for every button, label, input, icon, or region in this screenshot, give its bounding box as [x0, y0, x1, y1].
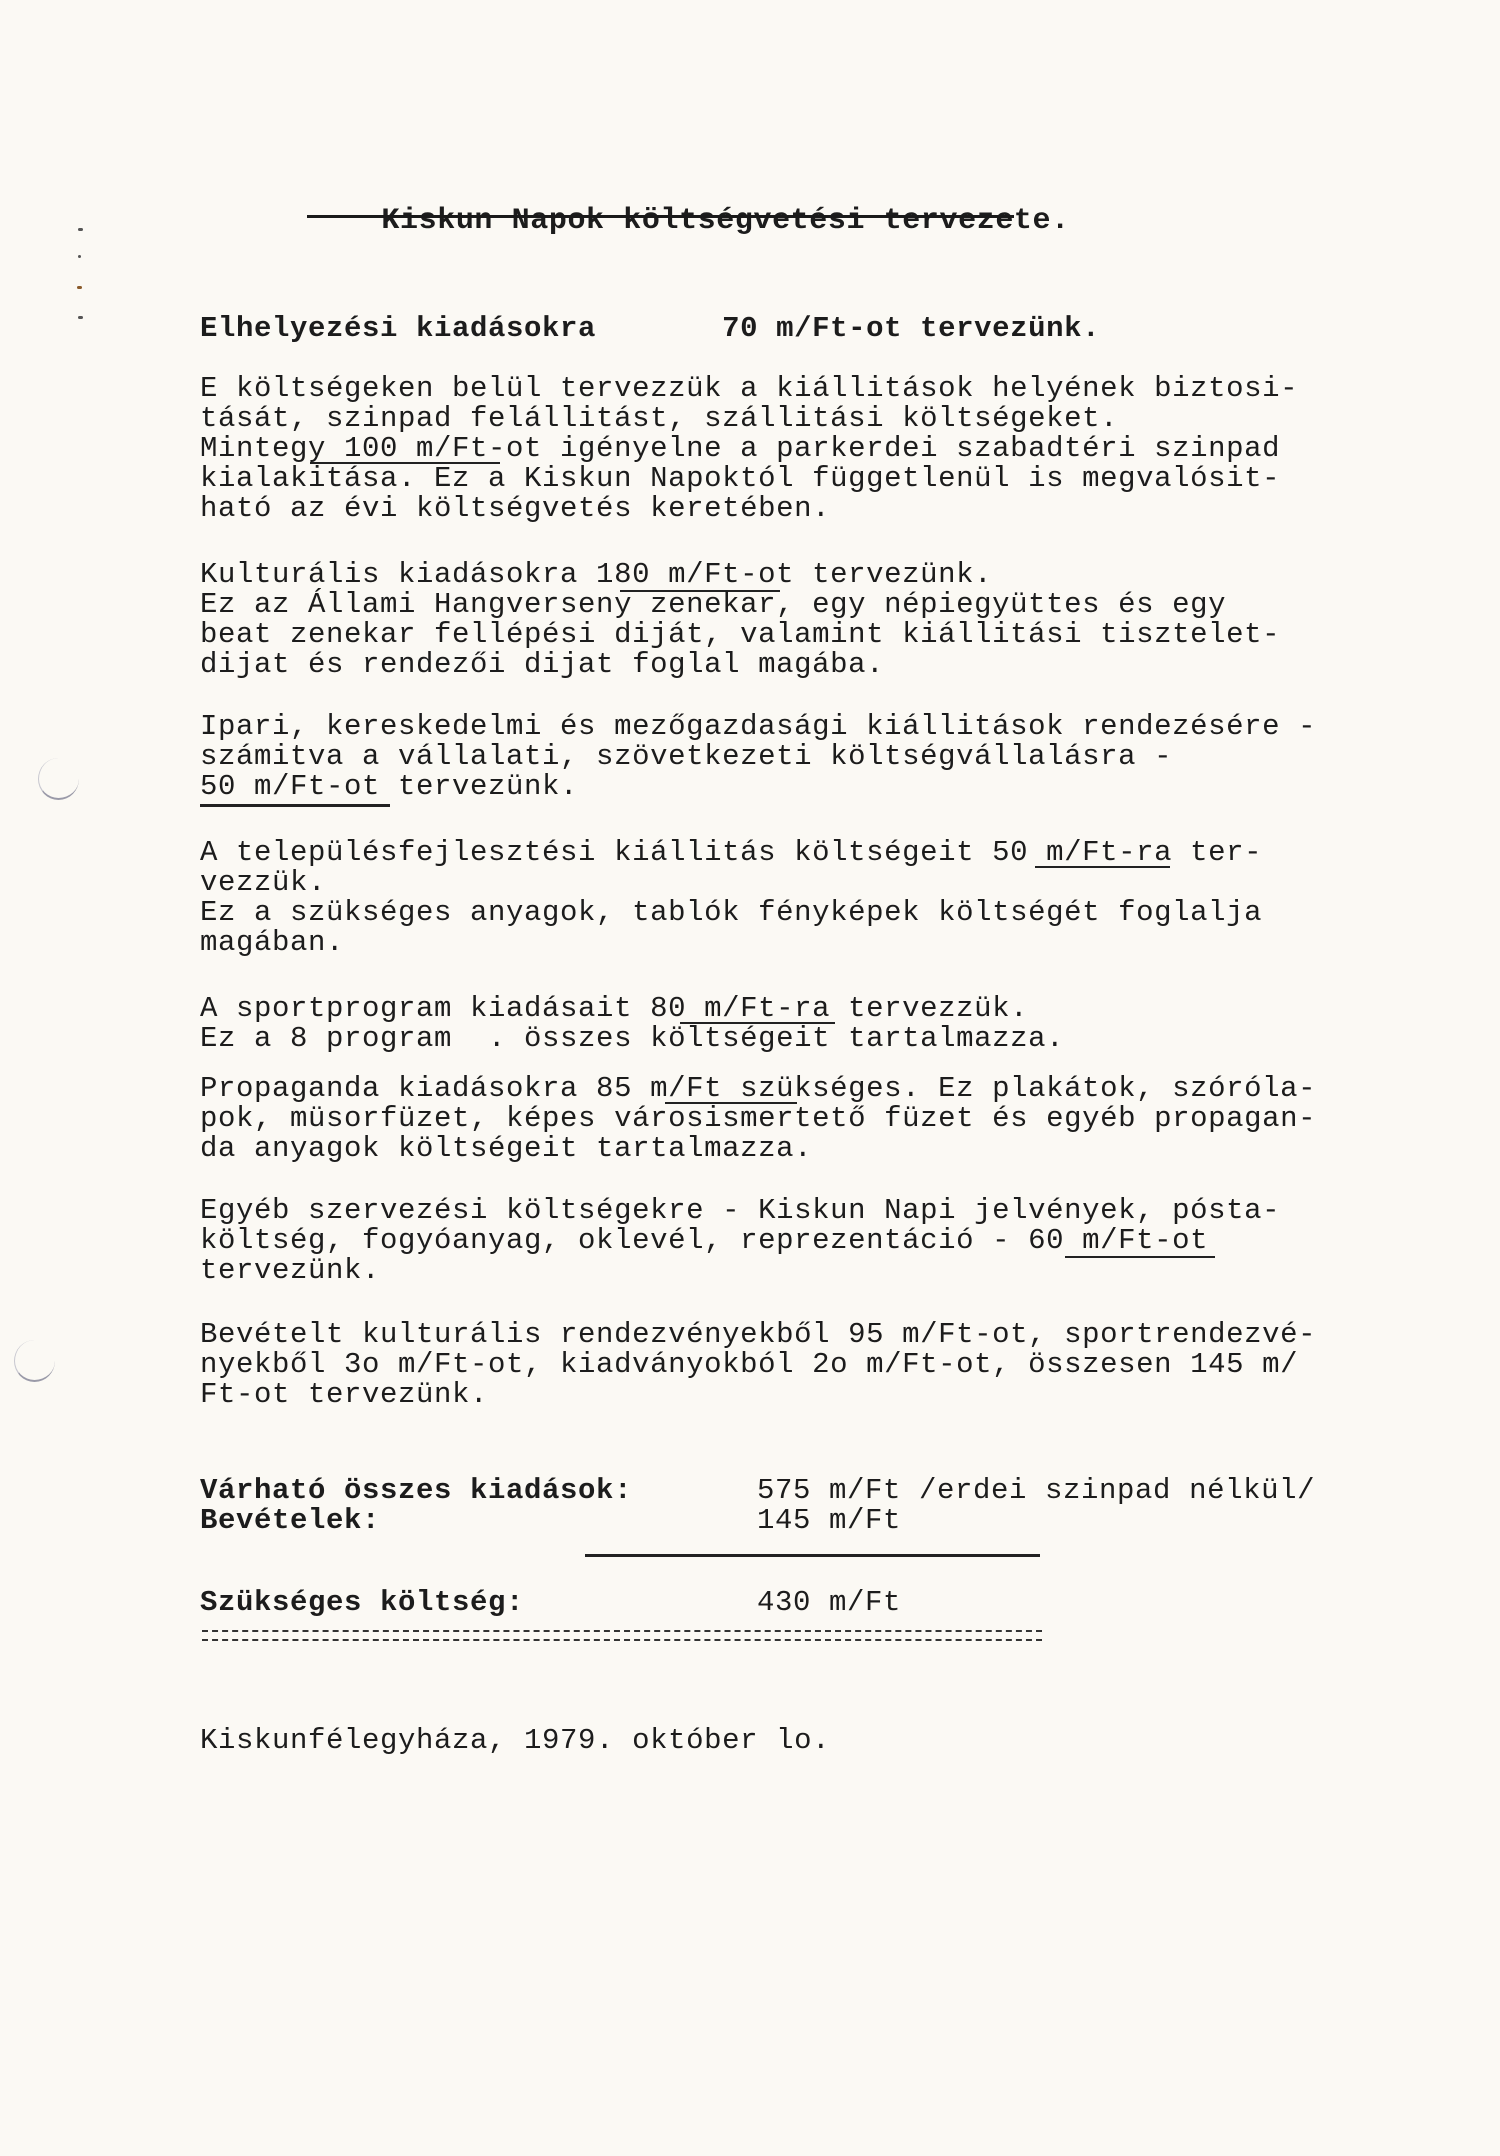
- section-ipari-line-1: Ipari, kereskedelmi és mezőgazdasági kiá…: [200, 712, 1316, 742]
- section-egyeb-line-1: Egyéb szervezési költségekre - Kiskun Na…: [200, 1196, 1280, 1226]
- section-elhelyezesi-detail-line-2: tását, szinpad felállitást, szállitási k…: [200, 404, 1118, 434]
- section-elhelyezesi-detail-line-5: ható az évi költségvetés keretében.: [200, 494, 830, 524]
- title-text: Kiskun Napok költségvetési tervezete.: [381, 204, 1069, 238]
- margin-mark: [78, 228, 83, 231]
- summary-income-label: Bevételek:: [200, 1506, 380, 1536]
- section-propaganda-line-2: pok, müsorfüzet, képes városismertető fü…: [200, 1104, 1316, 1134]
- section-kulturalis-line-3: beat zenekar fellépési diját, valamint k…: [200, 620, 1280, 650]
- summary-income-value: 145 m/Ft: [757, 1506, 901, 1536]
- section-sport-line-1: A sportprogram kiadásait 80 m/Ft-ra terv…: [200, 994, 1028, 1024]
- section-telepules-line-1: A településfejlesztési kiállitás költség…: [200, 838, 1262, 868]
- double-rule: [202, 1630, 1042, 1641]
- summary-required-label: Szükséges költség:: [200, 1588, 524, 1618]
- section-bevetel-line-1: Bevételt kulturális rendezvényekből 95 m…: [200, 1320, 1316, 1350]
- margin-mark: [78, 316, 83, 319]
- section-telepules-line-2: vezzük.: [200, 868, 326, 898]
- title-underline: [307, 215, 1014, 218]
- section-propaganda-line-3: da anyagok költségeit tartalmazza.: [200, 1134, 812, 1164]
- summary-required-value: 430 m/Ft: [757, 1588, 901, 1618]
- punch-hole: [38, 758, 79, 800]
- section-telepules-line-4: magában.: [200, 928, 344, 958]
- summary-rule: [585, 1554, 1040, 1557]
- section-propaganda-line-1: Propaganda kiadásokra 85 m/Ft szükséges.…: [200, 1074, 1316, 1104]
- section-kulturalis-line-4: dijat és rendezői dijat foglal magába.: [200, 650, 884, 680]
- punch-hole: [14, 1340, 55, 1382]
- summary-expenses-label: Várható összes kiadások:: [200, 1476, 632, 1506]
- section-elhelyezesi-detail-line-3: Mintegy 100 m/Ft-ot igényelne a parkerde…: [200, 434, 1280, 464]
- section-elhelyezesi-detail-line-1: E költségeken belül tervezzük a kiállitá…: [200, 374, 1298, 404]
- document-title: Kiskun Napok költségvetési tervezete.: [307, 170, 1070, 272]
- section-bevetel-line-3: Ft-ot tervezünk.: [200, 1380, 488, 1410]
- section-telepules-line-3: Ez a szükséges anyagok, tablók fényképek…: [200, 898, 1262, 928]
- section-elhelyezesi-detail-line-4: kialakitása. Ez a Kiskun Napoktól függet…: [200, 464, 1280, 494]
- margin-mark: [77, 286, 82, 289]
- amount-underline: [1065, 1256, 1215, 1258]
- section-ipari-line-2: számitva a vállalati, szövetkezeti költs…: [200, 742, 1172, 772]
- place-date: Kiskunfélegyháza, 1979. október lo.: [200, 1726, 830, 1756]
- section-egyeb-line-2: költség, fogyóanyag, oklevél, reprezentá…: [200, 1226, 1208, 1256]
- amount-underline: [1035, 866, 1170, 868]
- margin-mark: [78, 255, 81, 258]
- amount-underline: [200, 804, 390, 807]
- section-egyeb-line-3: tervezünk.: [200, 1256, 380, 1286]
- section-bevetel-line-2: nyekből 3o m/Ft-ot, kiadványokból 2o m/F…: [200, 1350, 1298, 1380]
- section-sport-line-2: Ez a 8 program . összes költségeit tarta…: [200, 1024, 1064, 1054]
- section-elhelyezesi-line-1: Elhelyezési kiadásokra 70 m/Ft-ot tervez…: [200, 314, 1100, 344]
- section-ipari-line-3: 50 m/Ft-ot tervezünk.: [200, 772, 578, 802]
- typewritten-page: Kiskun Napok költségvetési tervezete. El…: [0, 0, 1500, 2156]
- summary-expenses-value: 575 m/Ft /erdei szinpad nélkül/: [757, 1476, 1315, 1506]
- section-kulturalis-line-2: Ez az Állami Hangverseny zenekar, egy né…: [200, 590, 1226, 620]
- section-kulturalis-line-1: Kulturális kiadásokra 180 m/Ft-ot tervez…: [200, 560, 992, 590]
